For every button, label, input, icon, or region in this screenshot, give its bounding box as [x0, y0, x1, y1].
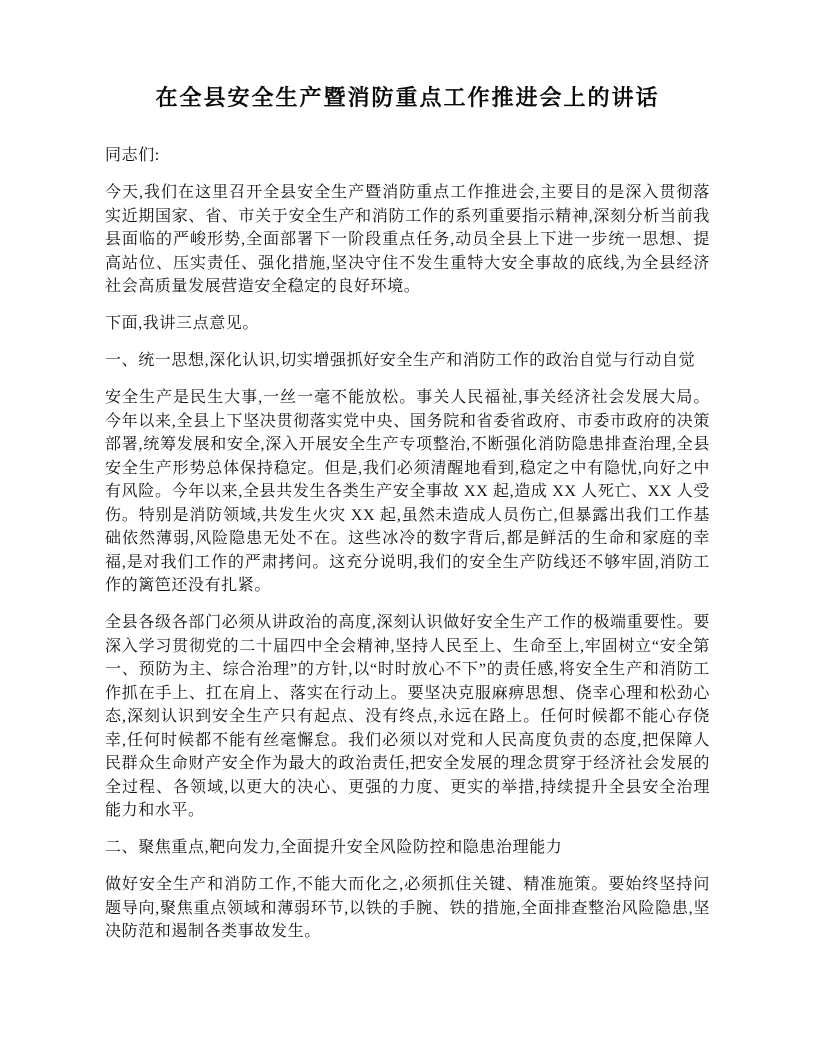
paragraph-section-1-situation: 安全生产是民生大事,一丝一毫不能放松。事关人民福祉,事关经济社会发展大局。今年以…	[105, 386, 710, 598]
section-2-heading: 二、聚焦重点,靶向发力,全面提升安全风险防控和隐患治理能力	[105, 836, 710, 860]
paragraph-section-1-requirements: 全县各级各部门必须从讲政治的高度,深刻认识做好安全生产工作的极端重要性。要深入学…	[105, 611, 710, 823]
paragraph-transition: 下面,我讲三点意见。	[105, 312, 710, 336]
paragraph-meeting-purpose: 今天,我们在这里召开全县安全生产暨消防重点工作推进会,主要目的是深入贯彻落实近期…	[105, 181, 710, 299]
document-title: 在全县安全生产暨消防重点工作推进会上的讲话	[105, 82, 710, 114]
document-body: 同志们: 今天,我们在这里召开全县安全生产暨消防重点工作推进会,主要目的是深入贯…	[105, 144, 710, 944]
section-1-heading: 一、统一思想,深化认识,切实增强抓好安全生产和消防工作的政治自觉与行动自觉	[105, 349, 710, 373]
paragraph-section-2-body: 做好安全生产和消防工作,不能大而化之,必须抓住关键、精准施策。要始终坚持问题导向…	[105, 873, 710, 944]
document-page: 在全县安全生产暨消防重点工作推进会上的讲话 同志们: 今天,我们在这里召开全县安…	[0, 0, 816, 1056]
salutation: 同志们:	[105, 144, 710, 168]
